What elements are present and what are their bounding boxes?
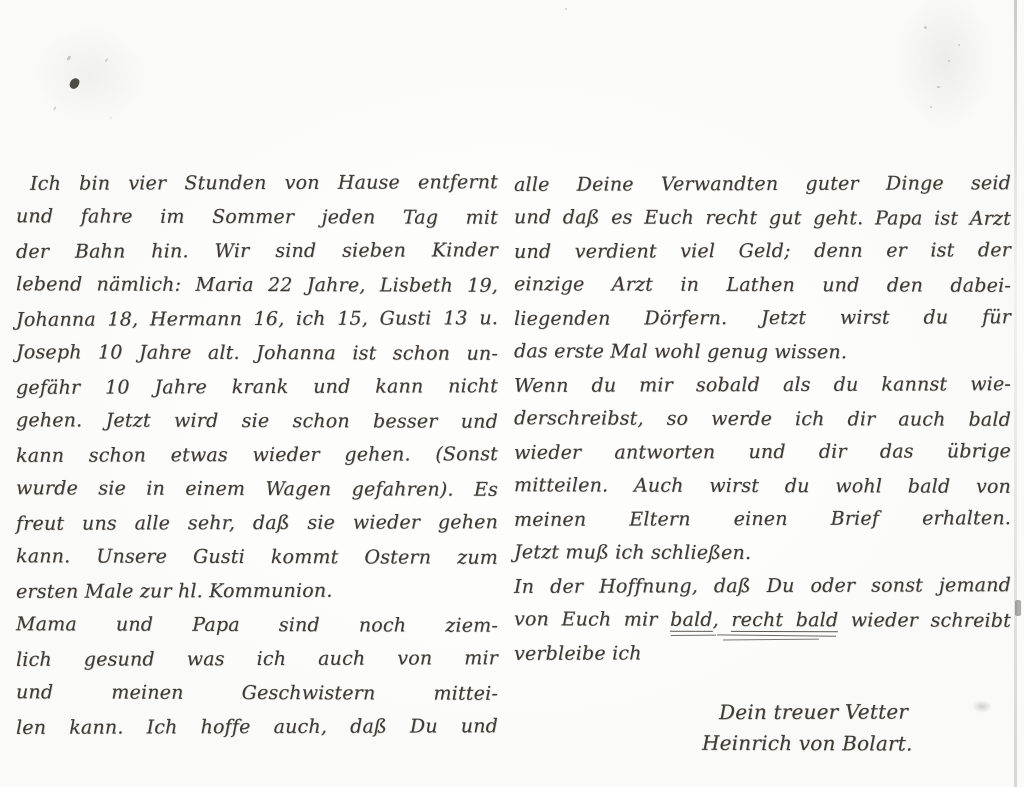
letter-line-emphasized: von Euch mir bald, recht bald wieder sch… bbox=[514, 603, 1011, 638]
letter-line: und meinen Geschwistern mittei- bbox=[16, 675, 498, 711]
letter-line: kann schon etwas wieder gehen. (Sonst bbox=[16, 437, 498, 473]
paper-speck bbox=[958, 44, 960, 46]
letter-line: wieder antworten und dir das übrige bbox=[514, 435, 1011, 470]
letter-text: von Euch mir bbox=[514, 608, 670, 630]
letter-scan-page: Ich bin vier Stunden von Hause entfernt … bbox=[0, 0, 1024, 787]
letter-line: und daß es Euch recht gut geht. Papa ist… bbox=[514, 201, 1011, 236]
letter-line: In der Hoffnung, daß Du oder sonst jeman… bbox=[514, 569, 1011, 604]
paper-speck bbox=[930, 106, 932, 108]
letter-line: Jetzt muß ich schließen. bbox=[514, 536, 1011, 571]
underlined-phrase-recht-bald: recht bald bbox=[731, 608, 838, 631]
letter-right-column: alle Deine Verwandten guter Dinge seid u… bbox=[514, 168, 1011, 759]
letter-line: und fahre im Sommer jeden Tag mit bbox=[16, 199, 498, 235]
page-edge-shadow bbox=[1014, 0, 1017, 787]
letter-line: gehen. Jetzt wird sie schon besser und bbox=[16, 403, 498, 439]
letter-line: mitteilen. Auch wirst du wohl bald von bbox=[514, 469, 1011, 504]
letter-line: len kann. Ich hoffe auch, daß Du und bbox=[16, 709, 498, 745]
ink-blot bbox=[68, 77, 80, 90]
letter-line: verbleibe ich bbox=[514, 636, 1011, 671]
signature: Heinrich von Bolart. bbox=[514, 727, 1011, 760]
letter-text: wieder schreibt bbox=[838, 609, 1011, 632]
letter-line: Mama und Papa sind noch ziem- bbox=[16, 607, 498, 643]
paper-speck bbox=[565, 8, 567, 10]
letter-line: kann. Unsere Gusti kommt Ostern zum bbox=[16, 539, 498, 575]
underlined-word-bald: bald bbox=[670, 608, 713, 631]
letter-line: Johanna 18, Hermann 16, ich 15, Gusti 13… bbox=[16, 301, 498, 337]
letter-line: gefähr 10 Jahre krank und kann nicht bbox=[16, 369, 498, 405]
letter-line: lebend nämlich: Maria 22 Jahre, Lisbeth … bbox=[16, 267, 498, 303]
letter-line: alle Deine Verwandten guter Dinge seid bbox=[514, 167, 1011, 202]
letter-line: Ich bin vier Stunden von Hause entfernt bbox=[16, 165, 498, 201]
letter-line: Wenn du mir sobald als du kannst wie- bbox=[514, 368, 1011, 403]
letter-text: , bbox=[713, 608, 732, 630]
letter-line: derschreibst, so werde ich dir auch bald bbox=[514, 402, 1011, 437]
paper-speck bbox=[924, 26, 927, 29]
letter-line: ersten Male zur hl. Kommunion. bbox=[16, 573, 498, 609]
paper-speck bbox=[937, 86, 940, 88]
letter-line: das erste Mal wohl genug wissen. bbox=[514, 335, 1011, 370]
letter-line: wurde sie in einem Wagen gefahren). Es bbox=[16, 471, 498, 507]
paper-speck bbox=[948, 60, 950, 62]
letter-line: einzige Arzt in Lathen und den dabei- bbox=[514, 268, 1011, 303]
letter-line: lich gesund was ich auch von mir bbox=[16, 641, 498, 677]
letter-closing: Dein treuer Vetter Heinrich von Bolart. bbox=[514, 697, 1011, 759]
letter-line: Joseph 10 Jahre alt. Johanna ist schon u… bbox=[16, 335, 498, 371]
closing-salutation: Dein treuer Vetter bbox=[514, 696, 1011, 729]
edge-ink-mark bbox=[1015, 600, 1021, 616]
letter-left-column: Ich bin vier Stunden von Hause entfernt … bbox=[16, 166, 498, 744]
letter-line: freut uns alle sehr, daß sie wieder gehe… bbox=[16, 505, 498, 541]
letter-line: meinen Eltern einen Brief erhalten. bbox=[514, 502, 1011, 537]
letter-line: liegenden Dörfern. Jetzt wirst du für bbox=[514, 301, 1011, 336]
letter-line: der Bahn hin. Wir sind sieben Kinder bbox=[16, 233, 498, 269]
letter-line: und verdient viel Geld; denn er ist der bbox=[514, 234, 1011, 269]
